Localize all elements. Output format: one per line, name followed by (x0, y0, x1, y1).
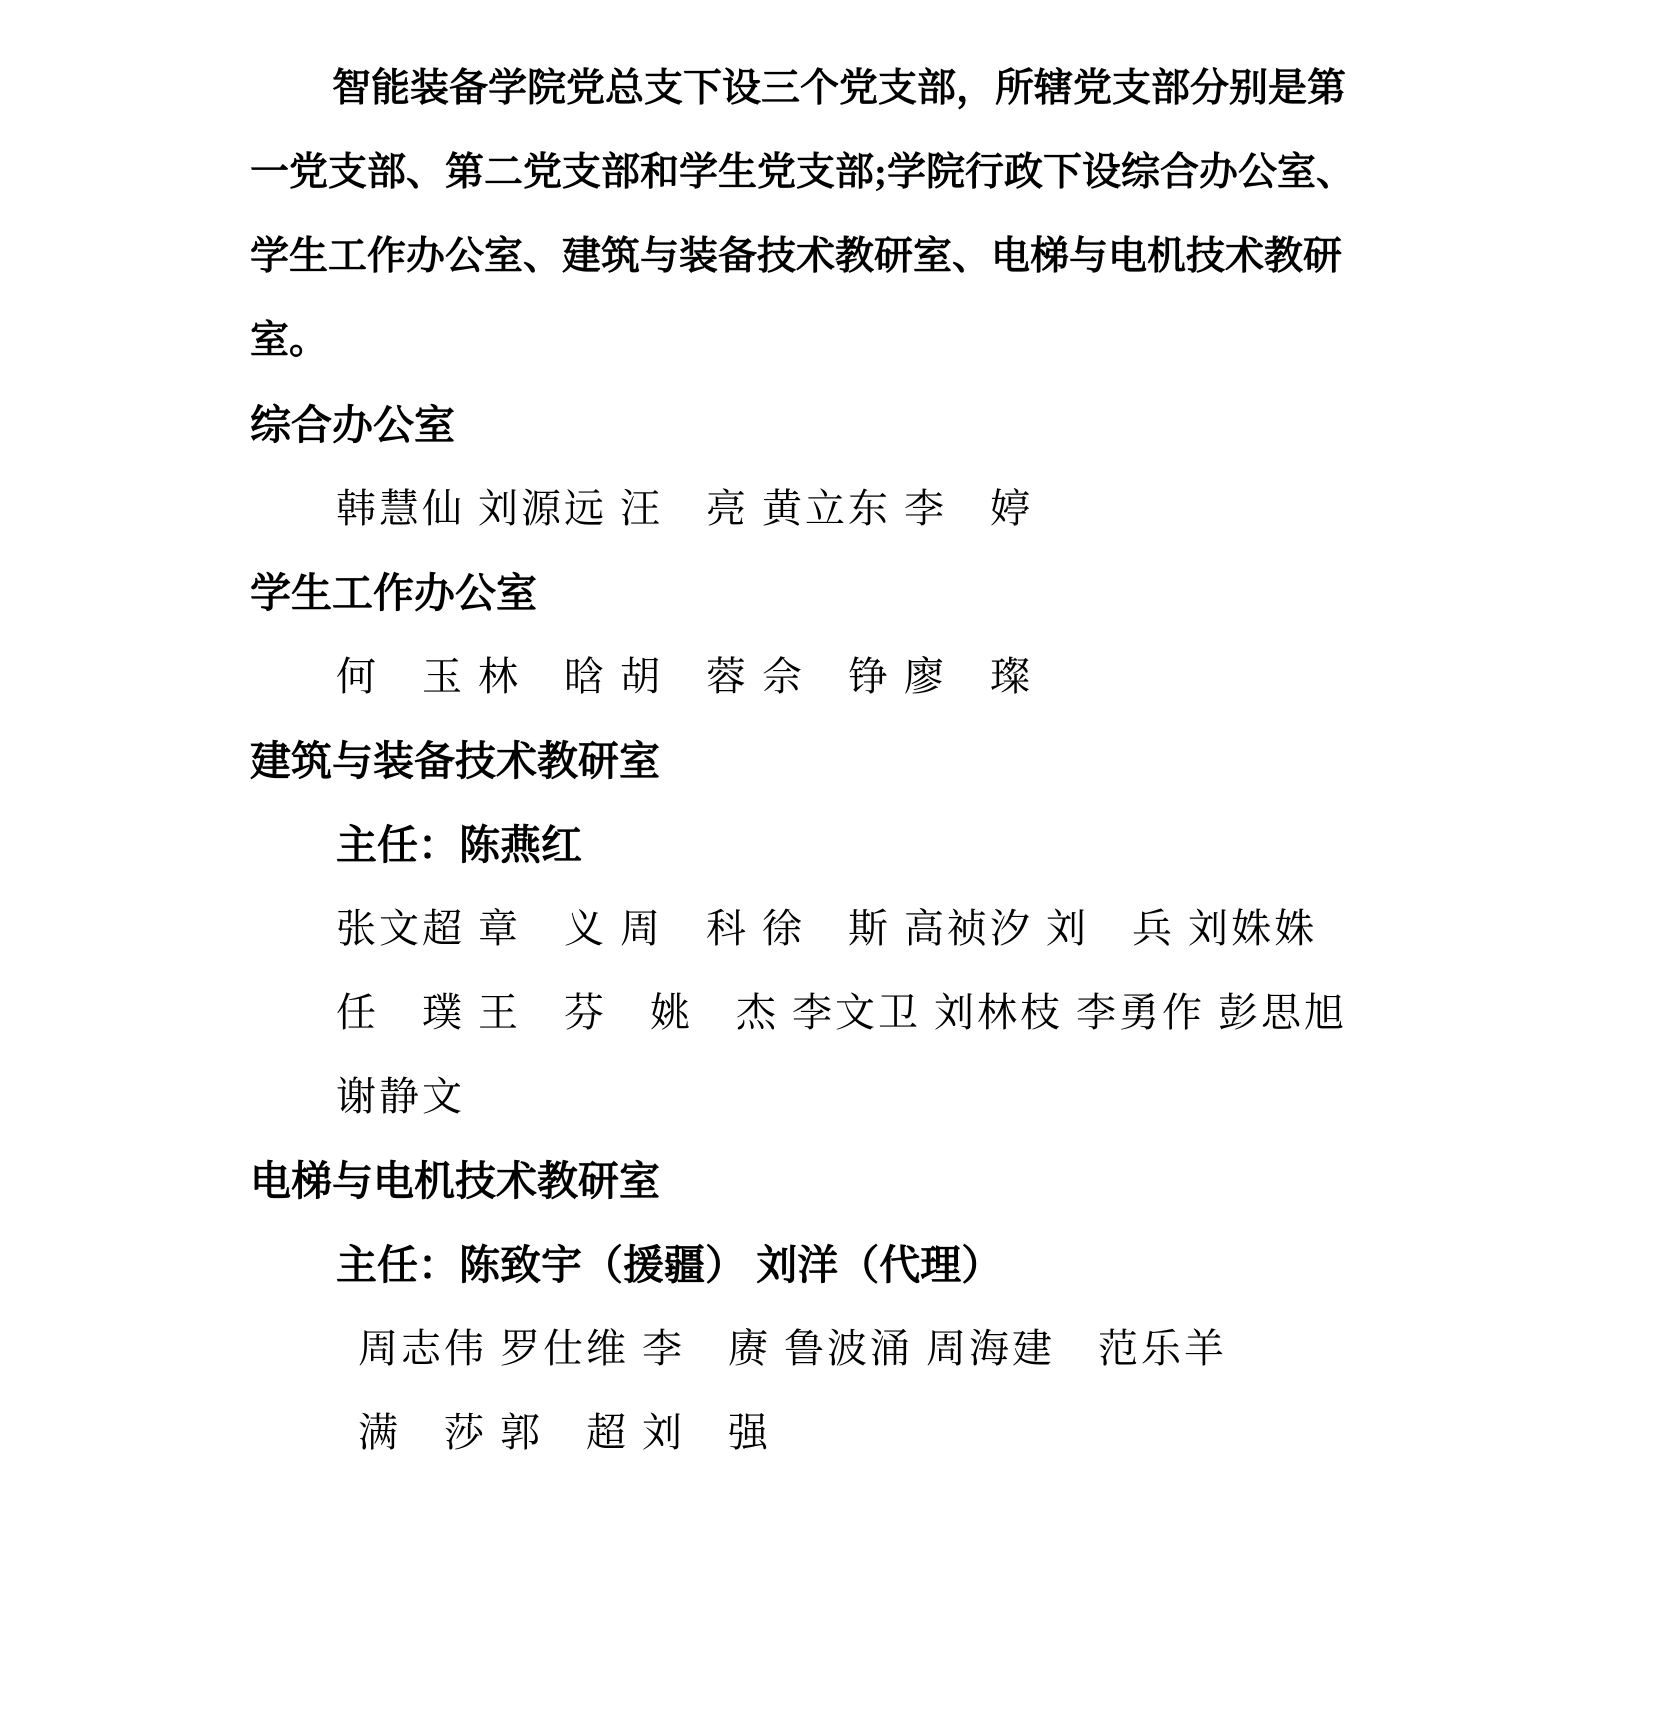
director-line-elevator-motor: 主任：陈致宇（援疆） 刘洋（代理） (250, 1223, 1430, 1307)
member-row-construction-equipment-2: 任 璞 王 芬 姚 杰 李文卫 刘林枝 李勇作 彭思旭 (250, 971, 1430, 1055)
intro-paragraph-line-4: 室。 (250, 299, 1430, 383)
director-line-construction-equipment: 主任：陈燕红 (250, 803, 1430, 887)
intro-paragraph-line-1: 智能装备学院党总支下设三个党支部，所辖党支部分别是第 (250, 47, 1430, 131)
section-heading-general-office: 综合办公室 (250, 383, 1430, 467)
member-row-student-affairs-1: 何 玉 林 晗 胡 蓉 佘 铮 廖 璨 (250, 635, 1430, 719)
member-row-construction-equipment-3: 谢静文 (250, 1055, 1430, 1139)
member-row-general-office-1: 韩慧仙 刘源远 汪 亮 黄立东 李 婷 (250, 467, 1430, 551)
document-content: 智能装备学院党总支下设三个党支部，所辖党支部分别是第 一党支部、第二党支部和学生… (250, 47, 1430, 1475)
member-row-elevator-motor-2: 满 莎 郭 超 刘 强 (250, 1391, 1430, 1475)
member-row-elevator-motor-1: 周志伟 罗仕维 李 赓 鲁波涌 周海建 范乐羊 (250, 1307, 1430, 1391)
document-page: 智能装备学院党总支下设三个党支部，所辖党支部分别是第 一党支部、第二党支部和学生… (0, 0, 1654, 1721)
section-heading-construction-equipment-teaching-office: 建筑与装备技术教研室 (250, 719, 1430, 803)
intro-paragraph-line-3: 学生工作办公室、建筑与装备技术教研室、电梯与电机技术教研 (250, 215, 1430, 299)
section-heading-student-affairs-office: 学生工作办公室 (250, 551, 1430, 635)
member-row-construction-equipment-1: 张文超 章 义 周 科 徐 斯 高祯汐 刘 兵 刘姝姝 (250, 887, 1430, 971)
section-heading-elevator-motor-teaching-office: 电梯与电机技术教研室 (250, 1139, 1430, 1223)
intro-paragraph-line-2: 一党支部、第二党支部和学生党支部;学院行政下设综合办公室、 (250, 131, 1430, 215)
